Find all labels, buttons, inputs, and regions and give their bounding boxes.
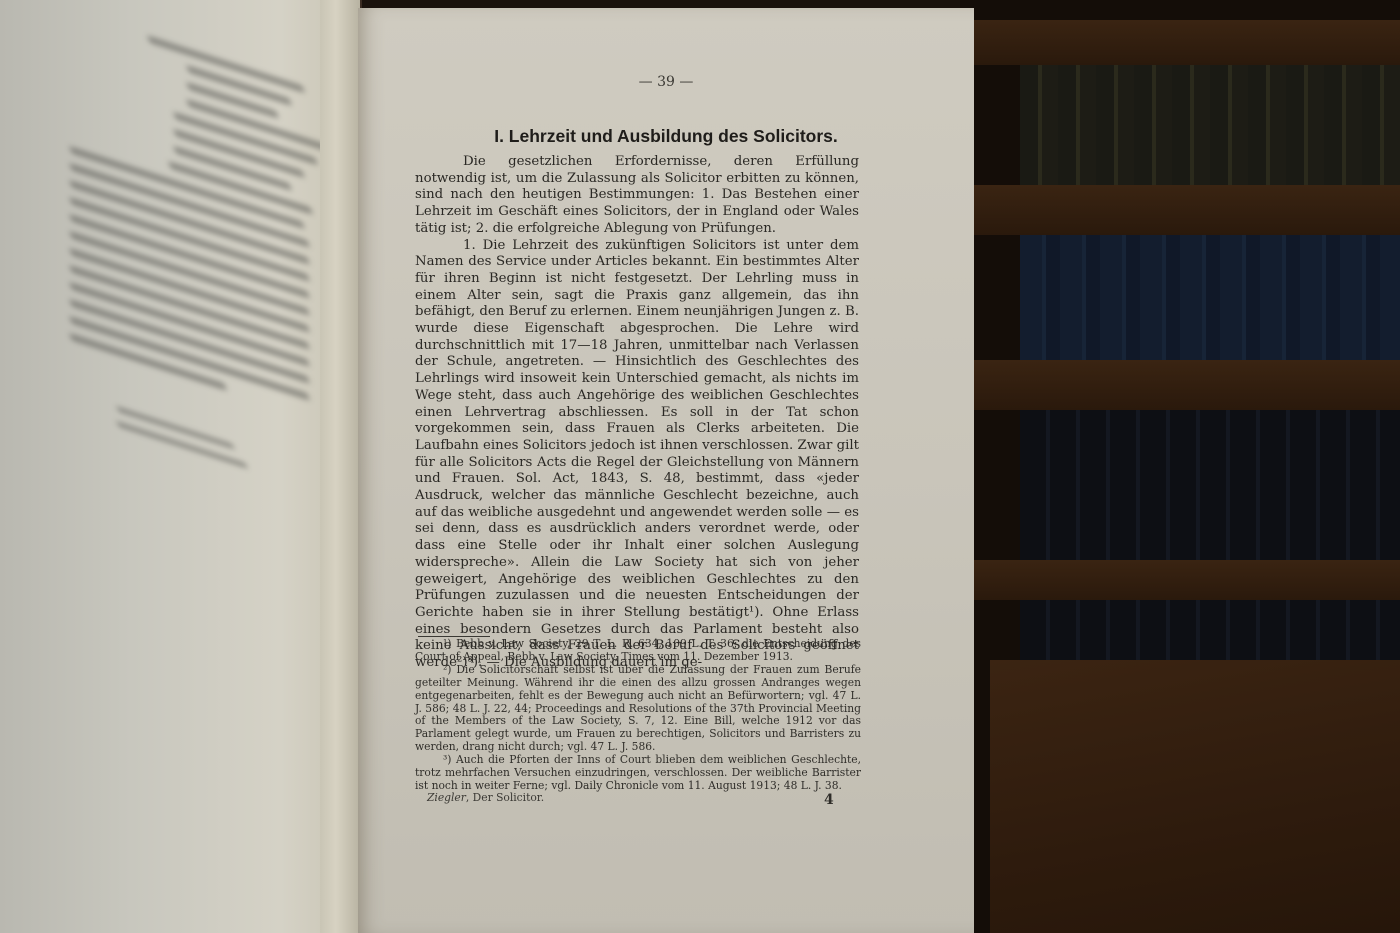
footnotes: ¹) Bebb v. Law Society, 29 T. L. R. 634,…: [415, 638, 861, 793]
book-row-gold-spines: [1020, 65, 1400, 185]
section-heading: I. Lehrzeit und Ausbildung des Solicitor…: [358, 126, 974, 147]
left-page: [0, 0, 330, 933]
wooden-table: [990, 660, 1400, 933]
shelf-board: [960, 360, 1400, 410]
shelf-board: [960, 20, 1400, 65]
footnote: ¹) Bebb v. Law Society, 29 T. L. R. 634,…: [415, 638, 861, 664]
page-number: — 39 —: [358, 74, 974, 90]
right-page: — 39 — I. Lehrzeit und Ausbildung des So…: [358, 8, 974, 933]
shelf-board: [960, 185, 1400, 235]
footnote: ³) Auch die Pforten der Inns of Court bl…: [415, 754, 861, 793]
blurred-text-block: [70, 0, 330, 644]
footnote: ²) Die Solicitorschaft selbst ist über d…: [415, 664, 861, 754]
book-title: , Der Solicitor.: [466, 791, 544, 804]
signature-line: Ziegler, Der Solicitor.: [427, 791, 544, 804]
paragraph: 1. Die Lehrzeit des zukünftigen Solicito…: [415, 238, 859, 672]
sheet-number: 4: [824, 792, 834, 808]
book-row-dark-spines: [1020, 600, 1400, 660]
book-gutter: [320, 0, 362, 933]
body-text: Die gesetzlichen Erfordernisse, deren Er…: [415, 154, 859, 672]
book-row-dark-spines: [1020, 410, 1400, 560]
shelf-board: [960, 560, 1400, 600]
author-name: Ziegler: [427, 791, 466, 804]
paragraph: Die gesetzlichen Erfordernisse, deren Er…: [415, 154, 859, 238]
book-row-blue-spines: [1020, 235, 1400, 360]
